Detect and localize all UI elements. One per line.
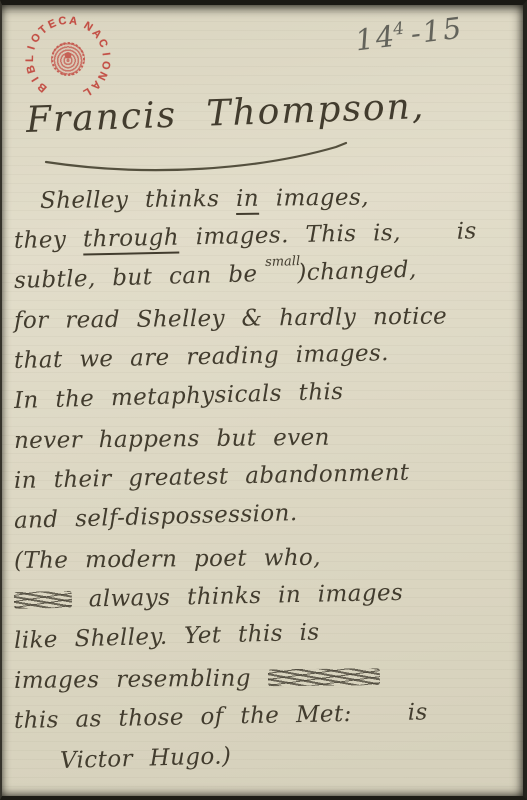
stamp-letter: C: [96, 37, 110, 49]
handwritten-text: always thinks in images: [72, 580, 404, 613]
handwritten-text: (The modern poet who,: [14, 545, 321, 574]
handwritten-text: in their greatest abandonment: [14, 460, 410, 494]
handwritten-text: Shelley thinks: [40, 186, 236, 214]
handwritten-text: never happens but even: [14, 425, 330, 454]
underlined-word: in: [236, 186, 259, 215]
handwritten-text: for read Shelley & hardly notice: [14, 303, 447, 334]
page-number: 144-15: [353, 11, 465, 58]
scribbled-out-word: [268, 668, 380, 686]
stamp-letter: I: [100, 52, 112, 57]
handwritten-text: )changed,: [297, 257, 417, 286]
handwritten-text: Victor Hugo.): [60, 743, 232, 774]
handwritten-text: images,: [259, 185, 369, 212]
handwritten-text: this as those of the Met:: [14, 701, 352, 734]
page-number-superscript: 4: [392, 18, 407, 39]
stamp-letter: E: [46, 17, 58, 31]
stamp-crest-emblem: [51, 42, 85, 76]
stamp-letter: L: [24, 55, 36, 62]
handwritten-text: is: [457, 218, 478, 244]
stamp-letter: B: [36, 80, 50, 94]
handwritten-text: images. This is,: [179, 220, 401, 251]
stamp-letter: C: [58, 15, 68, 28]
handwritten-text: In the metaphysicals this: [14, 379, 344, 414]
handwritten-text: that we are reading images.: [14, 340, 389, 374]
underlined-word: through: [83, 225, 180, 256]
handwritten-text: they: [14, 227, 84, 254]
page-number-rest: -15: [408, 11, 464, 51]
interlinear-insertion: small: [265, 254, 300, 270]
stamp-letter: I: [25, 45, 37, 51]
handwritten-text: like Shelley. Yet this is: [14, 619, 320, 654]
stamp-letter: O: [99, 60, 112, 70]
stamp-letter: B: [25, 64, 39, 75]
manuscript-body: Shelley thinks in images,they through im…: [14, 181, 519, 781]
page-number-main: 14: [353, 19, 398, 58]
handwritten-text: subtle, but can be: [14, 261, 258, 294]
manuscript-page: BIBLIOTECANACIONAL 144-15 Francis Thomps…: [0, 0, 527, 800]
stamp-letter: I: [30, 75, 42, 84]
handwritten-text: and self-dispossession.: [14, 500, 298, 534]
handwritten-text: images resembling: [14, 665, 268, 694]
scribbled-out-word: [14, 591, 72, 609]
handwritten-text: is: [407, 699, 428, 725]
library-stamp: BIBLIOTECANACIONAL: [16, 7, 120, 111]
stamp-letter: A: [69, 15, 79, 28]
